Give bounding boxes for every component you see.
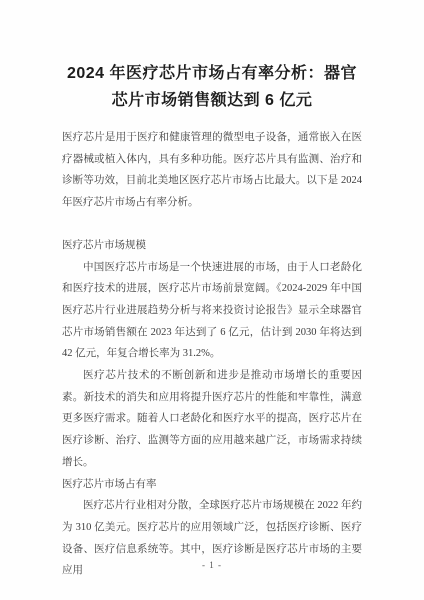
document-title: 2024 年医疗芯片市场占有率分析：器官芯片市场销售额达到 6 亿元: [62, 60, 362, 114]
paragraph-market-size-2: 医疗芯片技术的不断创新和进步是推动市场增长的重要因素。新技术的消失和应用将提升医…: [62, 365, 362, 474]
document-page: 2024 年医疗芯片市场占有率分析：器官芯片市场销售额达到 6 亿元 医疗芯片是…: [0, 0, 424, 600]
section-heading-market-size: 医疗芯片市场规模: [62, 235, 362, 257]
page-number: - 1 -: [0, 559, 424, 571]
intro-paragraph: 医疗芯片是用于医疗和健康管理的微型电子设备，通常嵌入在医疗器械或植入体内，具有多…: [62, 127, 362, 214]
paragraph-market-size-1: 中国医疗芯片市场是一个快速进展的市场，由于人口老龄化和医疗技术的进展，医疗芯片市…: [62, 257, 362, 366]
section-heading-market-share: 医疗芯片市场占有率: [62, 474, 362, 496]
